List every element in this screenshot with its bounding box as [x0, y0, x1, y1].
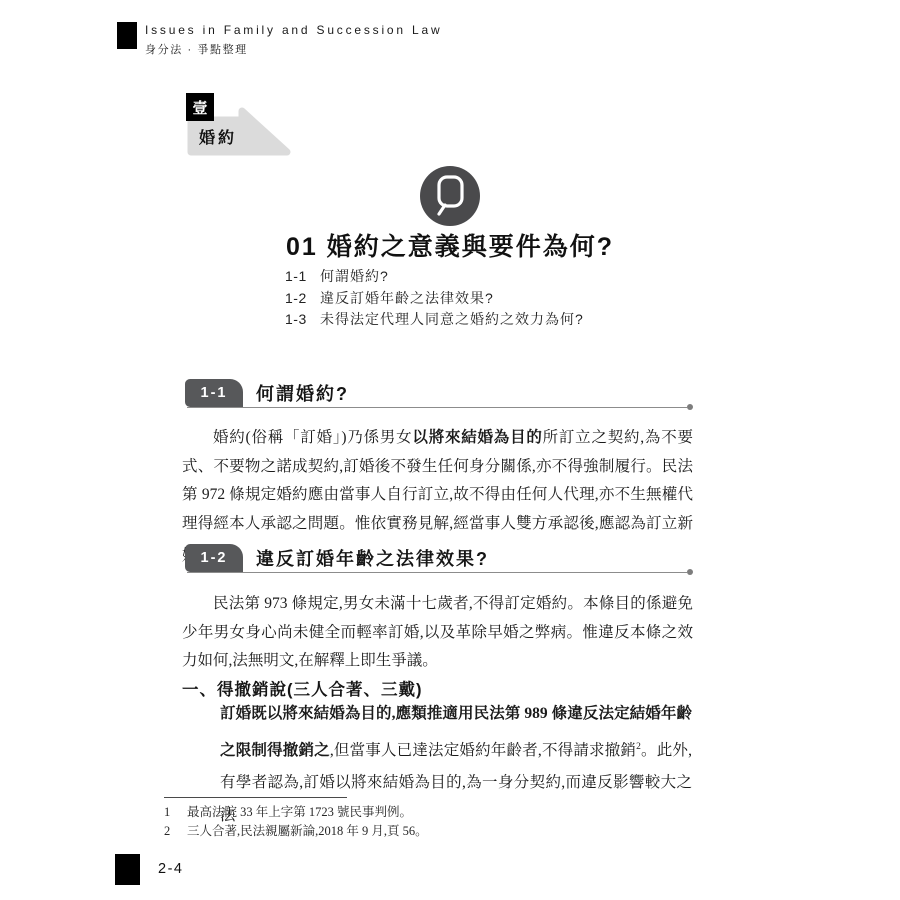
section-rule: [187, 407, 687, 408]
question-text: 未得法定代理人同意之婚約之效力為何?: [320, 309, 584, 331]
section-line-dot: [687, 404, 693, 410]
question-list: 1-1 何謂婚約? 1-2 違反訂婚年齡之法律效果? 1-3 未得法定代理人同意…: [285, 266, 584, 331]
footnote-text: 最高法院 33 年上字第 1723 號民事判例。: [187, 803, 412, 822]
header-text-block: Issues in Family and Succession Law 身分法 …: [145, 22, 442, 57]
question-number: 1-2: [285, 288, 320, 310]
section-heading-1-1: 1-1 何謂婚約?: [185, 379, 690, 407]
section-heading-1-2: 1-2 違反訂婚年齡之法律效果?: [185, 544, 690, 572]
section-number-badge: 1-1: [185, 379, 243, 407]
header-logo-square: [117, 22, 137, 49]
question-number: 1-3: [285, 309, 320, 331]
footnotes: 1 最高法院 33 年上字第 1723 號民事判例。 2 三人合著,民法親屬新論…: [164, 803, 428, 841]
section-title: 何謂婚約?: [256, 380, 349, 406]
header-title: Issues in Family and Succession Law: [145, 22, 442, 37]
footnote-number: 1: [164, 803, 187, 822]
header-subtitle: 身分法 · 爭點整理: [145, 41, 442, 57]
book-page: Issues in Family and Succession Law 身分法 …: [0, 0, 900, 900]
question-list-item: 1-1 何謂婚約?: [285, 266, 584, 288]
section-number-badge: 1-2: [185, 544, 243, 572]
part-number-badge: 壹: [186, 93, 214, 121]
section-1-2-paragraph: 民法第 973 條規定,男女未滿十七歲者,不得訂定婚約。本條目的係避免少年男女身…: [182, 590, 693, 676]
question-number: 1-1: [285, 266, 320, 288]
section-rule: [187, 572, 687, 573]
question-list-item: 1-2 違反訂婚年齡之法律效果?: [285, 288, 584, 310]
footnote: 1 最高法院 33 年上字第 1723 號民事判例。: [164, 803, 428, 822]
footer-page-marker: [115, 854, 140, 885]
question-icon: [419, 165, 481, 227]
question-list-item: 1-3 未得法定代理人同意之婚約之效力為何?: [285, 309, 584, 331]
footnote-rule: [164, 797, 347, 798]
question-text: 何謂婚約?: [320, 266, 389, 288]
section-line-dot: [687, 569, 693, 575]
page-number: 2-4: [158, 861, 183, 877]
section-title: 違反訂婚年齡之法律效果?: [256, 545, 489, 571]
chapter-title: 01 婚約之意義與要件為何?: [150, 227, 750, 263]
subsection-heading: 一、得撤銷說(三人合著、三戴): [182, 676, 423, 700]
question-text: 違反訂婚年齡之法律效果?: [320, 288, 494, 310]
book-header: Issues in Family and Succession Law 身分法 …: [117, 22, 442, 57]
part-tab-label: 婚約: [199, 125, 237, 148]
footnote-text: 三人合著,民法親屬新論,2018 年 9 月,頁 56。: [187, 822, 428, 841]
footnote: 2 三人合著,民法親屬新論,2018 年 9 月,頁 56。: [164, 822, 428, 841]
footnote-number: 2: [164, 822, 187, 841]
